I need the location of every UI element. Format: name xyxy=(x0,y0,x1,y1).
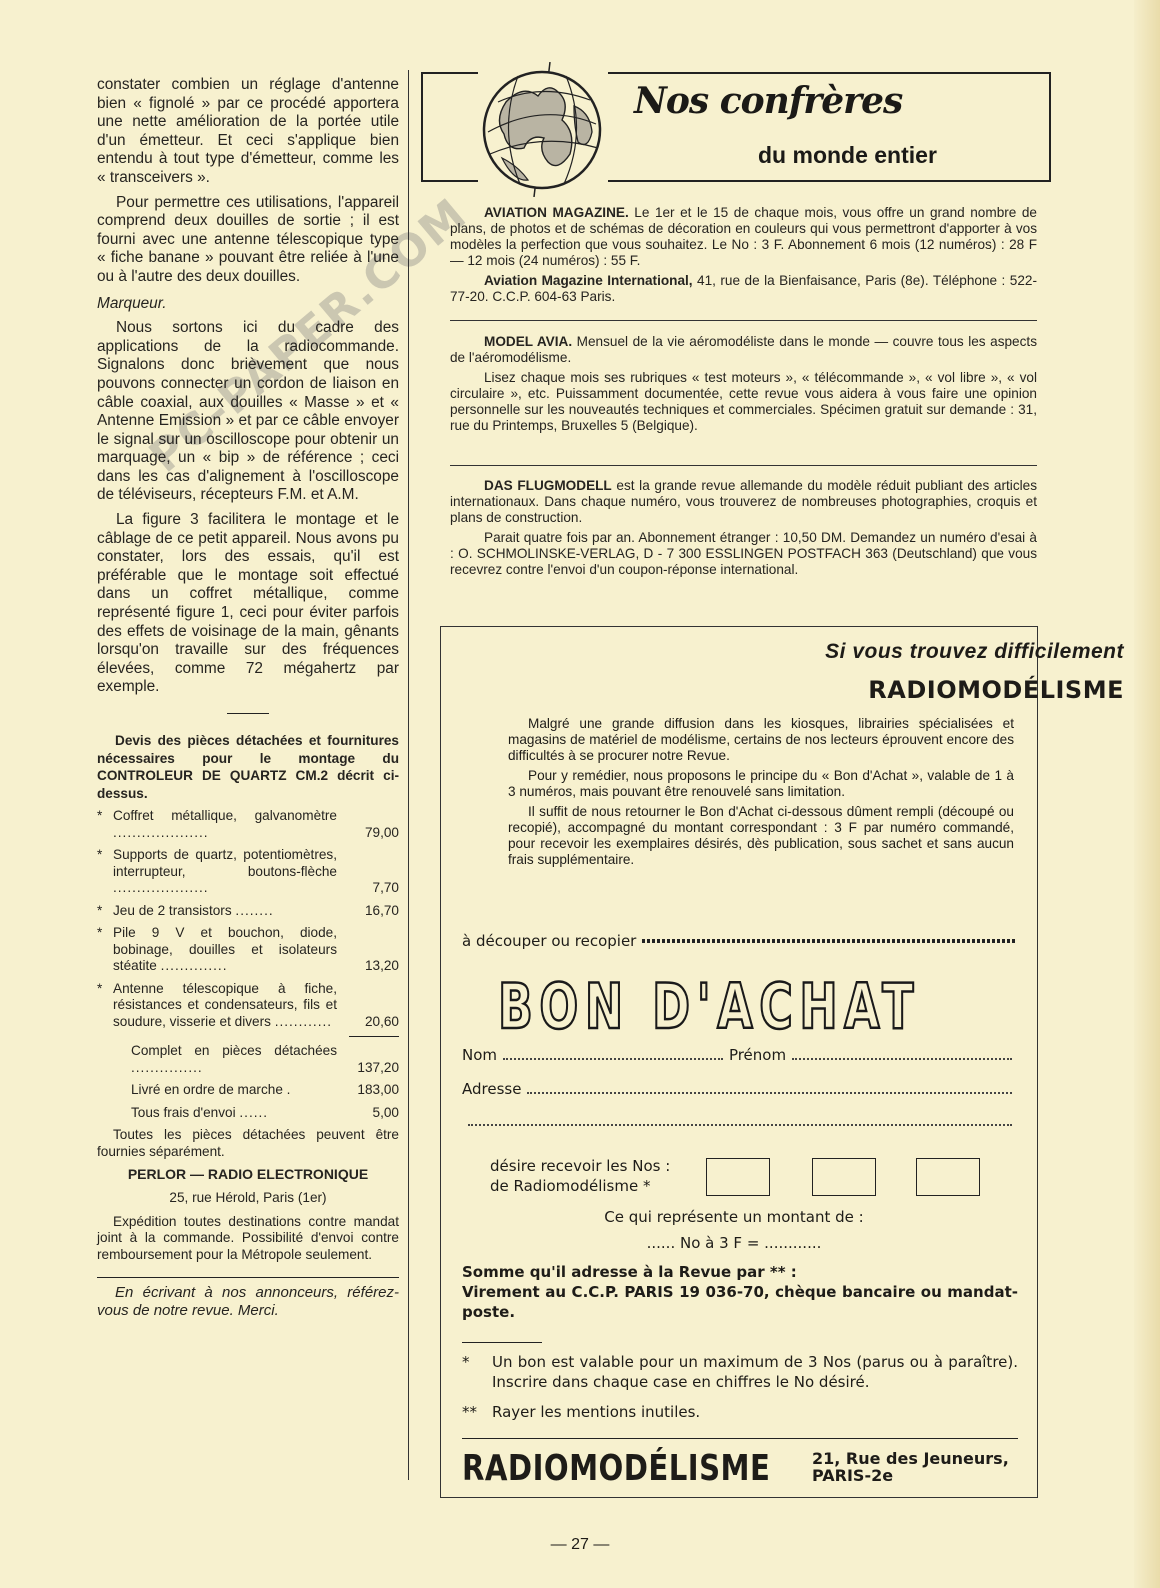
cut-dashes xyxy=(642,939,1016,943)
banner-title: Nos confrères xyxy=(634,80,902,122)
price-item: * Coffret métallique, galvanomètre .....… xyxy=(97,808,399,841)
price-item: * Pile 9 V et bouchon, diode, bobinage, … xyxy=(97,925,399,975)
advertisers-mention: En écrivant à nos annonceurs, référez-vo… xyxy=(97,1284,399,1320)
column-divider xyxy=(408,70,409,1480)
total-row: Livré en ordre de marche . 183,00 xyxy=(97,1082,399,1099)
footnote: * Un bon est valable pour un maximum de … xyxy=(462,1352,1018,1392)
divider xyxy=(97,1277,399,1278)
page-number: — 27 — xyxy=(0,1536,1160,1554)
issue-number-box-1[interactable] xyxy=(706,1158,770,1196)
adresse-field[interactable] xyxy=(527,1082,1012,1094)
magazine-model-avia: MODEL AVIA. Mensuel de la vie aéromodéli… xyxy=(450,334,1037,438)
magazine-das-flugmodell: DAS FLUGMODELL est la grande revue allem… xyxy=(450,478,1037,582)
issue-number-box-3[interactable] xyxy=(916,1158,980,1196)
issue-number-box-2[interactable] xyxy=(812,1158,876,1196)
coupon-title: BON D'ACHAT xyxy=(498,970,920,1043)
footnote-divider xyxy=(462,1342,542,1343)
price-item: * Supports de quartz, potentiomètres, in… xyxy=(97,847,399,897)
cut-line: à découper ou recopier xyxy=(462,932,1016,950)
price: 7,70 xyxy=(337,880,399,897)
price: 13,20 xyxy=(337,958,399,975)
price: 20,60 xyxy=(337,1014,399,1031)
paragraph: La figure 3 facilitera le montage et le … xyxy=(97,511,399,697)
price-item: * Antenne télescopique à fiche, résistan… xyxy=(97,981,399,1031)
scissors-label: à découper ou recopier xyxy=(462,932,636,950)
globe-icon xyxy=(478,62,608,197)
montant-formula[interactable]: ...... No à 3 F = ............ xyxy=(435,1234,1033,1252)
adresse-field-2[interactable] xyxy=(468,1114,1012,1126)
ad-brand-headline: RADIOMODÉLISME xyxy=(868,676,1124,704)
note: Toutes les pièces détachées peuvent être… xyxy=(97,1127,399,1160)
ad-headline: Si vous trouvez difficilement xyxy=(825,640,1124,664)
supplier-name: PERLOR — RADIO ELECTRONIQUE xyxy=(97,1166,399,1183)
banner-subtitle: du monde entier xyxy=(758,142,937,169)
prenom-field[interactable] xyxy=(792,1048,1012,1060)
paragraph: Pour permettre ces utilisations, l'appar… xyxy=(97,194,399,287)
total-row: Tous frais d'envoi ...... 5,00 xyxy=(97,1105,399,1122)
paragraph: Nous sortons ici du cadre des applicatio… xyxy=(97,319,399,505)
issues-request: désire recevoir les Nos : de Radiomodéli… xyxy=(490,1156,670,1196)
supplier-address: 25, rue Hérold, Paris (1er) xyxy=(97,1189,399,1208)
brand-logo: RADIOMODÉLISME xyxy=(462,1448,770,1489)
price: 79,00 xyxy=(337,825,399,842)
payment-info: Somme qu'il adresse à la Revue par ** : … xyxy=(462,1262,1018,1322)
prenom-label: Prénom xyxy=(729,1046,786,1064)
shipping-text: Expédition toutes destinations contre ma… xyxy=(97,1214,399,1264)
montant-label: Ce qui représente un montant de : xyxy=(435,1208,1033,1226)
sum-divider xyxy=(349,1036,399,1037)
divider xyxy=(227,713,269,714)
magazine-aviation: AVIATION MAGAZINE. Le 1er et le 15 de ch… xyxy=(450,205,1037,309)
ad-body: Malgré une grande diffusion dans les kio… xyxy=(508,716,1014,872)
name-row: Nom Prénom xyxy=(462,1046,1018,1064)
devis-title: Devis des pièces détachées et fourniture… xyxy=(97,732,399,802)
address-row-2 xyxy=(462,1114,1018,1126)
divider xyxy=(450,320,1037,321)
nom-label: Nom xyxy=(462,1046,497,1064)
price: 16,70 xyxy=(337,903,399,920)
brand-address: 21, Rue des Jeuneurs, PARIS-2e xyxy=(812,1450,1009,1484)
nom-field[interactable] xyxy=(503,1048,723,1060)
page-edge-shadow xyxy=(1134,0,1160,1588)
divider xyxy=(462,1438,1018,1439)
paragraph: constater combien un réglage d'antenne b… xyxy=(97,76,399,188)
adresse-label: Adresse xyxy=(462,1080,521,1098)
total-row: Complet en pièces détachées ............… xyxy=(97,1043,399,1076)
price-item: * Jeu de 2 transistors ........ 16,70 xyxy=(97,903,399,920)
footnote: ** Rayer les mentions inutiles. xyxy=(462,1402,1018,1422)
subheading-marqueur: Marqueur. xyxy=(97,295,399,314)
divider xyxy=(450,465,1037,466)
left-column: constater combien un réglage d'antenne b… xyxy=(97,76,399,1326)
address-row: Adresse xyxy=(462,1080,1018,1098)
